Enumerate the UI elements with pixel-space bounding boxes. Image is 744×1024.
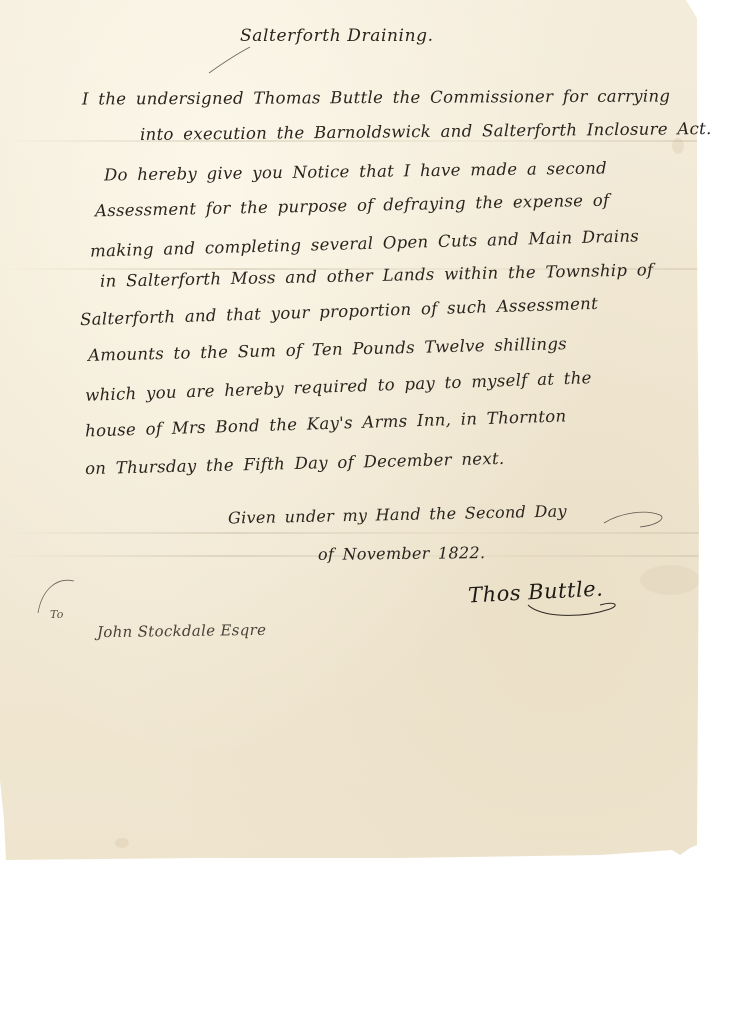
document-page: Salterforth Draining. I the undersigned …	[0, 0, 744, 1024]
to-label: To	[50, 608, 64, 621]
paper-stain	[672, 138, 684, 154]
paper-fold	[0, 532, 700, 534]
paper-stain	[115, 838, 129, 848]
addressee: John Stockdale Esqre	[97, 621, 266, 641]
closing-line: of November 1822.	[318, 543, 486, 564]
body-line: I the undersigned Thomas Buttle the Comm…	[82, 86, 670, 108]
document-title: Salterforth Draining.	[240, 26, 434, 46]
paper-stain	[640, 565, 700, 595]
